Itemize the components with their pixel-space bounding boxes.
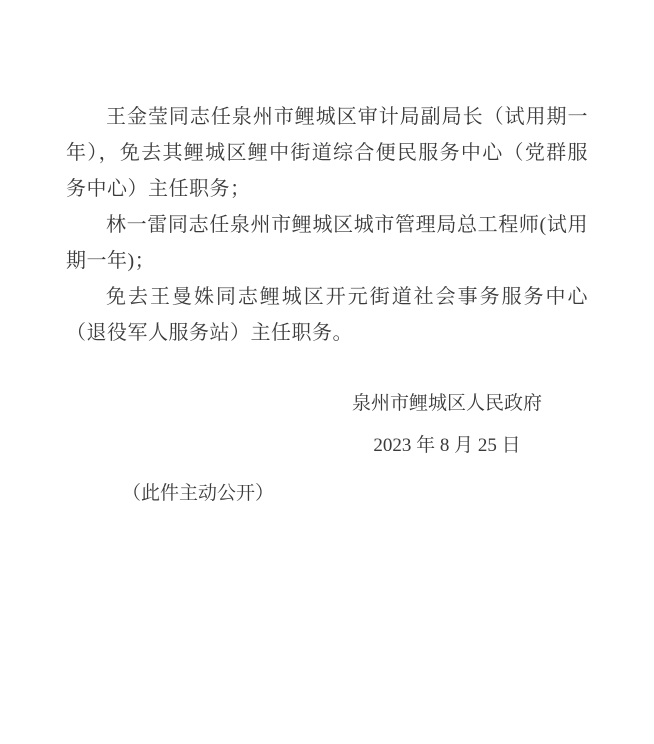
signature-block: 泉州市鲤城区人民政府 2023 年 8 月 25 日 [330, 383, 564, 467]
appointment-paragraph-2: 林一雷同志任泉州市鲤城区城市管理局总工程师(试用期一年)； [66, 207, 588, 279]
issuing-authority: 泉州市鲤城区人民政府 [330, 383, 564, 425]
disclosure-note: （此件主动公开） [122, 476, 588, 512]
document-page: 王金莹同志任泉州市鲤城区审计局副局长（试用期一年），免去其鲤城区鲤中街道综合便民… [0, 0, 654, 744]
appointment-paragraph-1: 王金莹同志任泉州市鲤城区审计局副局长（试用期一年），免去其鲤城区鲤中街道综合便民… [66, 99, 588, 207]
appointment-paragraph-3: 免去王曼姝同志鲤城区开元街道社会事务服务中心（退役军人服务站）主任职务。 [66, 279, 588, 351]
document-body: 王金莹同志任泉州市鲤城区审计局副局长（试用期一年），免去其鲤城区鲤中街道综合便民… [66, 99, 588, 351]
issue-date: 2023 年 8 月 25 日 [330, 425, 564, 467]
